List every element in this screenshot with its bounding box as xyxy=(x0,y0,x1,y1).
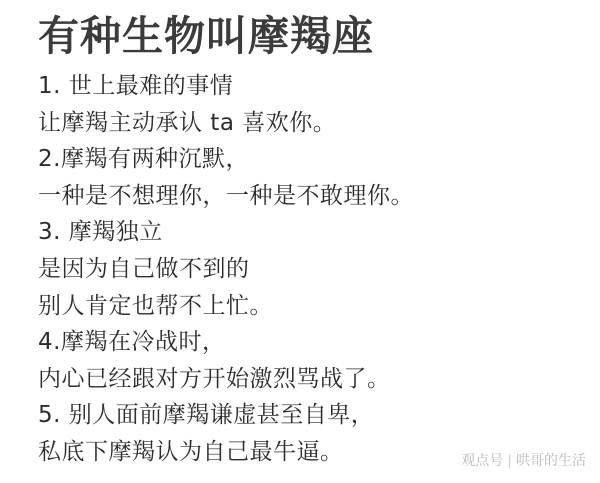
watermark-separator: | xyxy=(507,453,512,469)
text-line: 1. 世上最难的事情 xyxy=(38,68,414,105)
watermark-source: 观点号 xyxy=(461,453,503,469)
watermark-author: 哄哥的生活 xyxy=(516,453,586,469)
text-line: 内心已经跟对方开始激烈骂战了。 xyxy=(38,361,414,398)
text-line: 5. 别人面前摩羯谦虚甚至自卑， xyxy=(38,397,414,434)
text-line: 一种是不想理你，一种是不敢理你。 xyxy=(38,178,414,215)
text-line: 私底下摩羯认为自己最牛逼。 xyxy=(38,434,414,471)
watermark: 观点号|哄哥的生活 xyxy=(461,450,586,470)
text-line: 是因为自己做不到的 xyxy=(38,251,414,288)
text-line: 3. 摩羯独立 xyxy=(38,214,414,251)
text-line: 别人肯定也帮不上忙。 xyxy=(38,288,414,325)
text-lines: 1. 世上最难的事情 让摩羯主动承认 ta 喜欢你。 2.摩羯有两种沉默， 一种… xyxy=(38,68,414,471)
page-title: 有种生物叫摩羯座 xyxy=(38,10,374,62)
text-line: 2.摩羯有两种沉默， xyxy=(38,141,414,178)
text-line: 让摩羯主动承认 ta 喜欢你。 xyxy=(38,105,414,142)
text-line: 4.摩羯在冷战时， xyxy=(38,324,414,361)
